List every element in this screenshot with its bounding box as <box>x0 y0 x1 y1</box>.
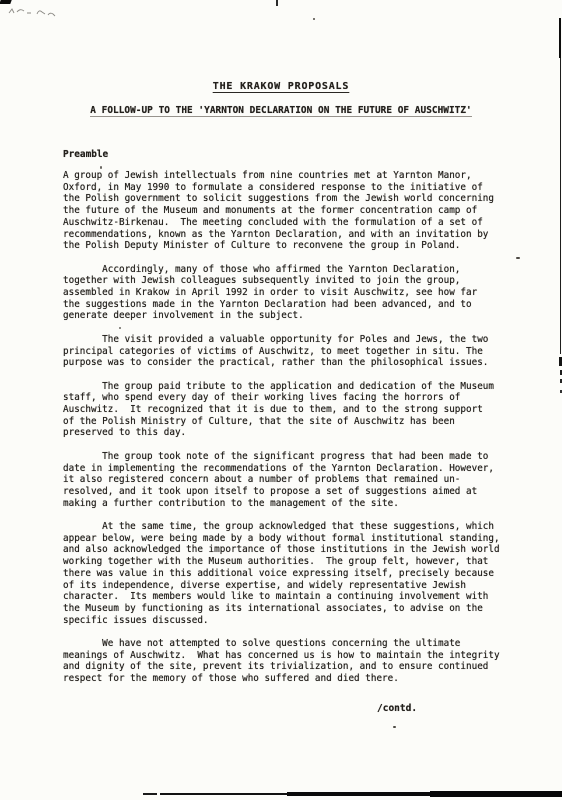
ink-speck <box>393 726 396 728</box>
ink-speck <box>100 166 102 169</box>
scanner-edge-dash <box>560 379 562 383</box>
paragraph: The group paid tribute to the applicatio… <box>63 381 523 440</box>
ink-speck <box>516 257 520 259</box>
paragraph: The visit provided a valuable opportunit… <box>63 334 523 369</box>
scanner-edge-dash <box>559 357 562 366</box>
scanned-document-page: THE KRAKOW PROPOSALS A FOLLOW-UP TO THE … <box>0 0 562 800</box>
scanner-edge-bar-bottom <box>160 793 287 796</box>
section-heading-preamble: Preamble <box>63 149 108 160</box>
scanner-edge-dot <box>560 390 562 393</box>
paragraph: The group took note of the significant p… <box>63 451 523 510</box>
paragraph: We have not attempted to solve questions… <box>63 638 523 685</box>
paragraph: At the same time, the group acknowledged… <box>63 521 523 626</box>
scanner-edge-line-right <box>559 18 562 58</box>
scan-registration-tick-icon <box>276 0 278 6</box>
scanner-edge-bar-bottom <box>430 791 562 797</box>
paragraph: Accordingly, many of those who affirmed … <box>63 264 523 323</box>
scanner-edge-dash <box>560 370 562 375</box>
scanner-edge-bar-bottom <box>287 792 430 797</box>
scanner-edge-bar-bottom <box>143 793 157 795</box>
document-subtitle: A FOLLOW-UP TO THE 'YARNTON DECLARATION … <box>0 105 562 116</box>
scanner-edge-line-right <box>560 58 562 354</box>
paragraph: A group of Jewish intellectuals from nin… <box>63 170 523 252</box>
document-title: THE KRAKOW PROPOSALS <box>0 81 562 92</box>
continuation-note: /contd. <box>377 703 417 714</box>
pencil-scribble-icon <box>6 4 58 20</box>
document-body: A group of Jewish intellectuals from nin… <box>63 170 523 697</box>
ink-speck <box>313 18 315 20</box>
ink-speck <box>119 327 121 329</box>
